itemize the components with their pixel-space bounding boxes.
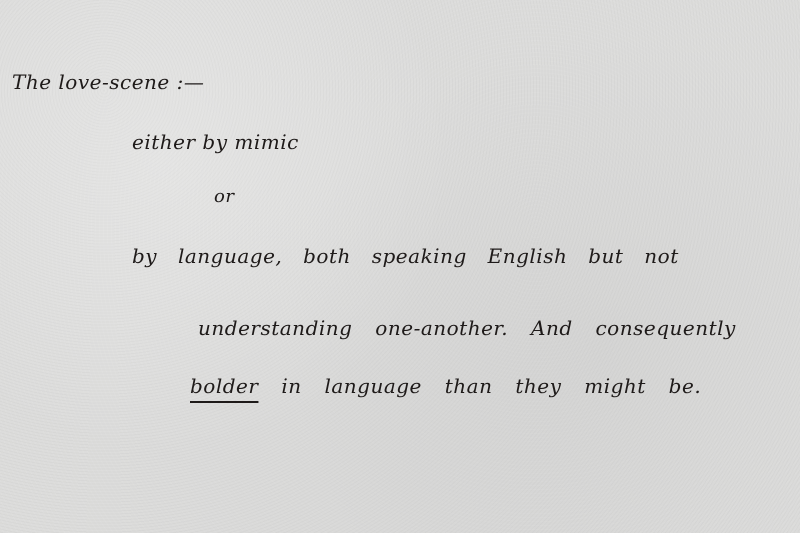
underlined-word: bolder [190,374,258,398]
text-line: by language, both speaking English but n… [132,246,679,266]
text-line: bolder in language than they might be. [190,376,701,396]
text-line: or [214,188,234,206]
text-line: either by mimic [132,132,299,152]
text-line: understanding one-another. And consequen… [198,318,736,338]
heading-line: The love-scene :— [12,72,204,92]
text-line-rest: in language than they might be. [281,374,701,398]
handwritten-page: The love-scene :— either by mimic or by … [0,0,800,533]
